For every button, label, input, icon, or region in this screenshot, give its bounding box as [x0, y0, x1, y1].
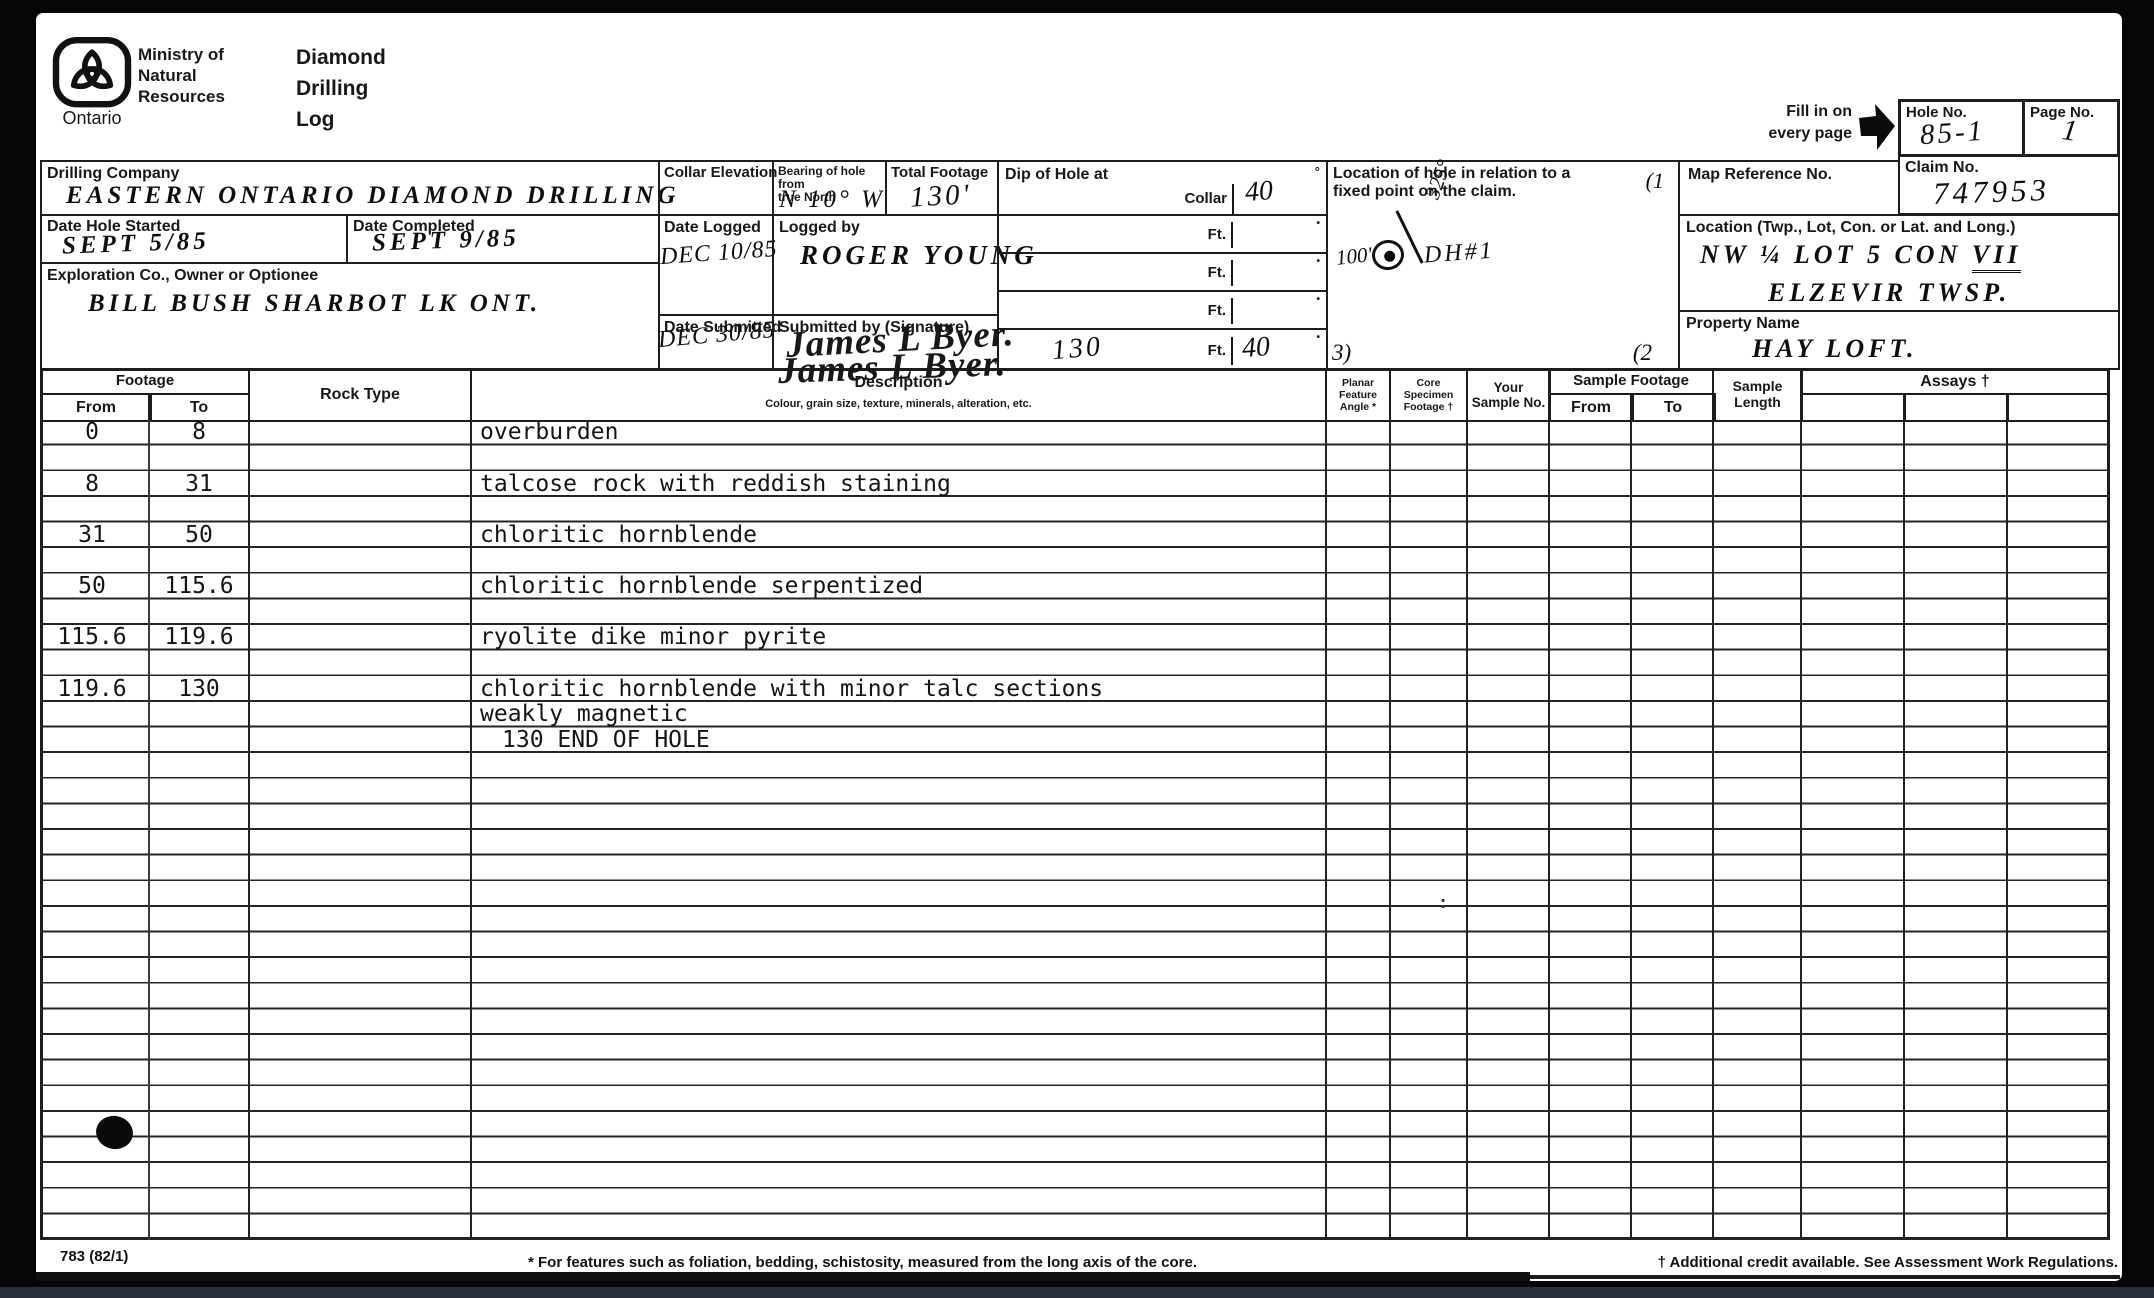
corner-mark-1: (1: [1646, 168, 1664, 194]
date-logged-label: Date Logged: [664, 219, 761, 237]
drill-hole-symbol: [1370, 238, 1406, 272]
col-from-header: From: [40, 393, 152, 422]
bottom-scan-bar-right: [1530, 1275, 2120, 1279]
dip-ft-label: Ft.: [1194, 265, 1226, 282]
corner-mark-2: (2: [1633, 340, 1652, 366]
grid-vline: [1389, 420, 1391, 1240]
grid-vline: [1712, 420, 1714, 1240]
col-sample-footage-header: Sample Footage: [1548, 368, 1714, 395]
form-title: Diamond Drilling Log: [296, 42, 386, 135]
grid-vline: [470, 420, 472, 1240]
dip-final-row: Ft. •: [997, 328, 1328, 370]
log-entry-description: chloritic hornblende serpentized: [480, 574, 1360, 600]
footnote-dagger: † Additional credit available. See Asses…: [1658, 1254, 2118, 1271]
log-entry-from: 0: [40, 420, 144, 446]
dip-ft-row-2: Ft. •: [997, 252, 1328, 292]
fill-in-note: Fill in on every page: [1688, 101, 1852, 145]
ontario-trillium-logo: [52, 36, 132, 110]
grid-vline: [1548, 420, 1550, 1240]
sf-to-header-label: To: [1664, 399, 1682, 417]
dip-tick: [1231, 222, 1233, 248]
grid-vline: [1630, 420, 1632, 1240]
exploration-co-value: BILL BUSH SHARBOT LK ONT.: [88, 290, 541, 318]
log-entry-from: 31: [40, 523, 144, 549]
collar-elevation-label: Collar Elevation: [664, 165, 777, 182]
footage-header-label: Footage: [116, 373, 174, 390]
col-core-header: Core Specimen Footage †: [1389, 368, 1468, 422]
location-value-line2: ELZEVIR TWSP.: [1768, 278, 2010, 308]
log-entry-description: talcose rock with reddish staining: [480, 471, 1360, 497]
dip-collar-row: Dip of Hole at ° Collar: [997, 160, 1328, 216]
log-entry-from: 8: [40, 471, 144, 497]
bottom-scan-bar-left: [36, 1272, 1530, 1281]
assays-header-label: Assays †: [1920, 373, 1989, 391]
col-footage-header: Footage: [40, 368, 250, 395]
grid-vline: [2006, 420, 2008, 1240]
corner-mark-3: 3): [1332, 340, 1351, 366]
total-footage-value: 130': [909, 178, 972, 214]
col-assays-header: Assays †: [1800, 368, 2110, 395]
log-entry-from: 115.6: [40, 625, 144, 651]
signature-line-2: James L Byer.: [777, 342, 1007, 393]
grid-vline: [1800, 420, 1802, 1240]
ministry-name: Ministry of Natural Resources: [138, 44, 225, 107]
location-value-line1: NW ¼ LOT 5 CON VII: [1700, 240, 2021, 270]
from-header-label: From: [76, 399, 116, 417]
sketch-hole-id: DH#1: [1423, 238, 1495, 270]
col-rock-type-header: Rock Type: [248, 368, 472, 422]
degree-symbol: °: [1315, 164, 1320, 179]
log-entry-to: 130: [150, 676, 248, 702]
footnote-star: * For features such as foliation, beddin…: [528, 1254, 1197, 1271]
log-entry-to: 115.6: [150, 574, 248, 600]
to-header-label: To: [190, 399, 208, 417]
collar-elevation-box: Collar Elevation: [658, 160, 774, 216]
date-completed-value: SEPT 9/85: [372, 224, 521, 257]
sf-from-header-label: From: [1571, 399, 1611, 417]
log-entry-description: chloritic hornblende: [480, 523, 1360, 549]
location-line1-underlined: VII: [1972, 240, 2022, 273]
col-sf-to-header: To: [1630, 393, 1716, 422]
date-started-value: SEPT 5/85: [62, 227, 211, 260]
col-planar-header: Planar Feature Angle *: [1325, 368, 1391, 422]
log-entry-description: 130 END OF HOLE: [480, 728, 1382, 754]
log-entry-to: 119.6: [150, 625, 248, 651]
log-entry-description: overburden: [480, 420, 1360, 446]
logged-by-label: Logged by: [779, 219, 860, 237]
grid-vline: [248, 420, 250, 1240]
sample-length-header-label: Sample Length: [1733, 379, 1783, 410]
col-to-header: To: [148, 393, 250, 422]
dip-collar-label: Collar: [1149, 191, 1227, 208]
dip-ft-row-3: Ft. •: [997, 290, 1328, 330]
logo-caption: Ontario: [40, 108, 144, 129]
dip-final-value: 40: [1241, 331, 1271, 365]
location-label: Location (Twp., Lot, Con. or Lat. and Lo…: [1686, 219, 2015, 237]
drilling-company-label: Drilling Company: [47, 165, 179, 183]
dip-ft-label: Ft.: [1194, 227, 1226, 244]
hole-no-value: 85-1: [1919, 115, 1986, 152]
dip-tick: [1231, 337, 1233, 365]
planar-header-label: Planar Feature Angle *: [1339, 377, 1377, 413]
map-reference-label: Map Reference No.: [1688, 166, 1832, 184]
dip-tick: [1231, 260, 1233, 286]
log-table-body: 08overburden831talcose rock with reddish…: [40, 420, 2110, 1240]
core-header-label: Core Specimen Footage †: [1404, 377, 1454, 413]
your-sample-header-label: Your Sample No.: [1472, 380, 1546, 410]
dip-ft-label: Ft.: [1194, 303, 1226, 320]
log-entry-from: 50: [40, 574, 144, 600]
property-name-value: HAY LOFT.: [1752, 334, 1918, 364]
assays-subcell-1: [1800, 393, 1906, 422]
scan-artifact-colon: :: [1438, 893, 1448, 913]
col-sf-from-header: From: [1548, 393, 1634, 422]
property-name-label: Property Name: [1686, 315, 1800, 333]
claim-no-value: 747953: [1932, 172, 2050, 212]
degree-dot: •: [1316, 294, 1320, 305]
assays-subcell-2: [1903, 393, 2009, 422]
exploration-co-label: Exploration Co., Owner or Optionee: [47, 267, 318, 285]
rock-type-header-label: Rock Type: [320, 386, 400, 404]
dip-ft-label: Ft.: [1194, 343, 1226, 360]
col-sample-length-header: Sample Length: [1712, 368, 1803, 422]
log-entry-to: 31: [150, 471, 248, 497]
log-entry-from: 119.6: [40, 676, 144, 702]
degree-dot: •: [1316, 256, 1320, 267]
page-no-label: Page No.: [2030, 105, 2094, 122]
sketch-distance-label: 100': [1335, 242, 1373, 271]
log-entry-to: 50: [150, 523, 248, 549]
assays-subcell-3: [2006, 393, 2110, 422]
location-sketch-box: Location of hole in relation to a fixed …: [1326, 160, 1680, 370]
degree-dot: •: [1316, 218, 1320, 229]
col-your-sample-header: Your Sample No.: [1466, 368, 1551, 422]
sample-footage-header-label: Sample Footage: [1573, 373, 1689, 390]
bearing-value: N 10° W: [779, 186, 885, 214]
degree-dot: •: [1316, 332, 1320, 343]
dip-ft-row-1: Ft. •: [997, 214, 1328, 254]
dip-tick: [1232, 184, 1234, 214]
bottom-strip: [0, 1287, 2154, 1298]
grid-vline: [1903, 420, 1905, 1240]
grid-vline: [1466, 420, 1468, 1240]
dip-label: Dip of Hole at: [1005, 166, 1108, 184]
description-header-sub: Colour, grain size, texture, minerals, a…: [472, 398, 1325, 411]
form-number: 783 (82/1): [60, 1248, 128, 1265]
log-entry-description: ryolite dike minor pyrite: [480, 625, 1360, 651]
log-entry-to: 8: [150, 420, 248, 446]
arrow-right-icon: [1857, 102, 1897, 152]
drilling-company-value: EASTERN ONTARIO DIAMOND DRILLING: [66, 182, 680, 210]
location-line1-text: NW ¼ LOT 5 CON: [1700, 240, 1961, 269]
dip-tick: [1231, 298, 1233, 324]
log-entry-description: weakly magnetic: [480, 702, 1360, 728]
dip-final-depth: 130: [1051, 331, 1105, 367]
log-entry-description: chloritic hornblende with minor talc sec…: [480, 676, 1360, 702]
scanned-drill-log-page: Ontario Ministry of Natural Resources Di…: [0, 0, 2154, 1298]
map-reference-box: Map Reference No.: [1678, 160, 1900, 216]
dip-collar-value: 40: [1244, 175, 1274, 209]
